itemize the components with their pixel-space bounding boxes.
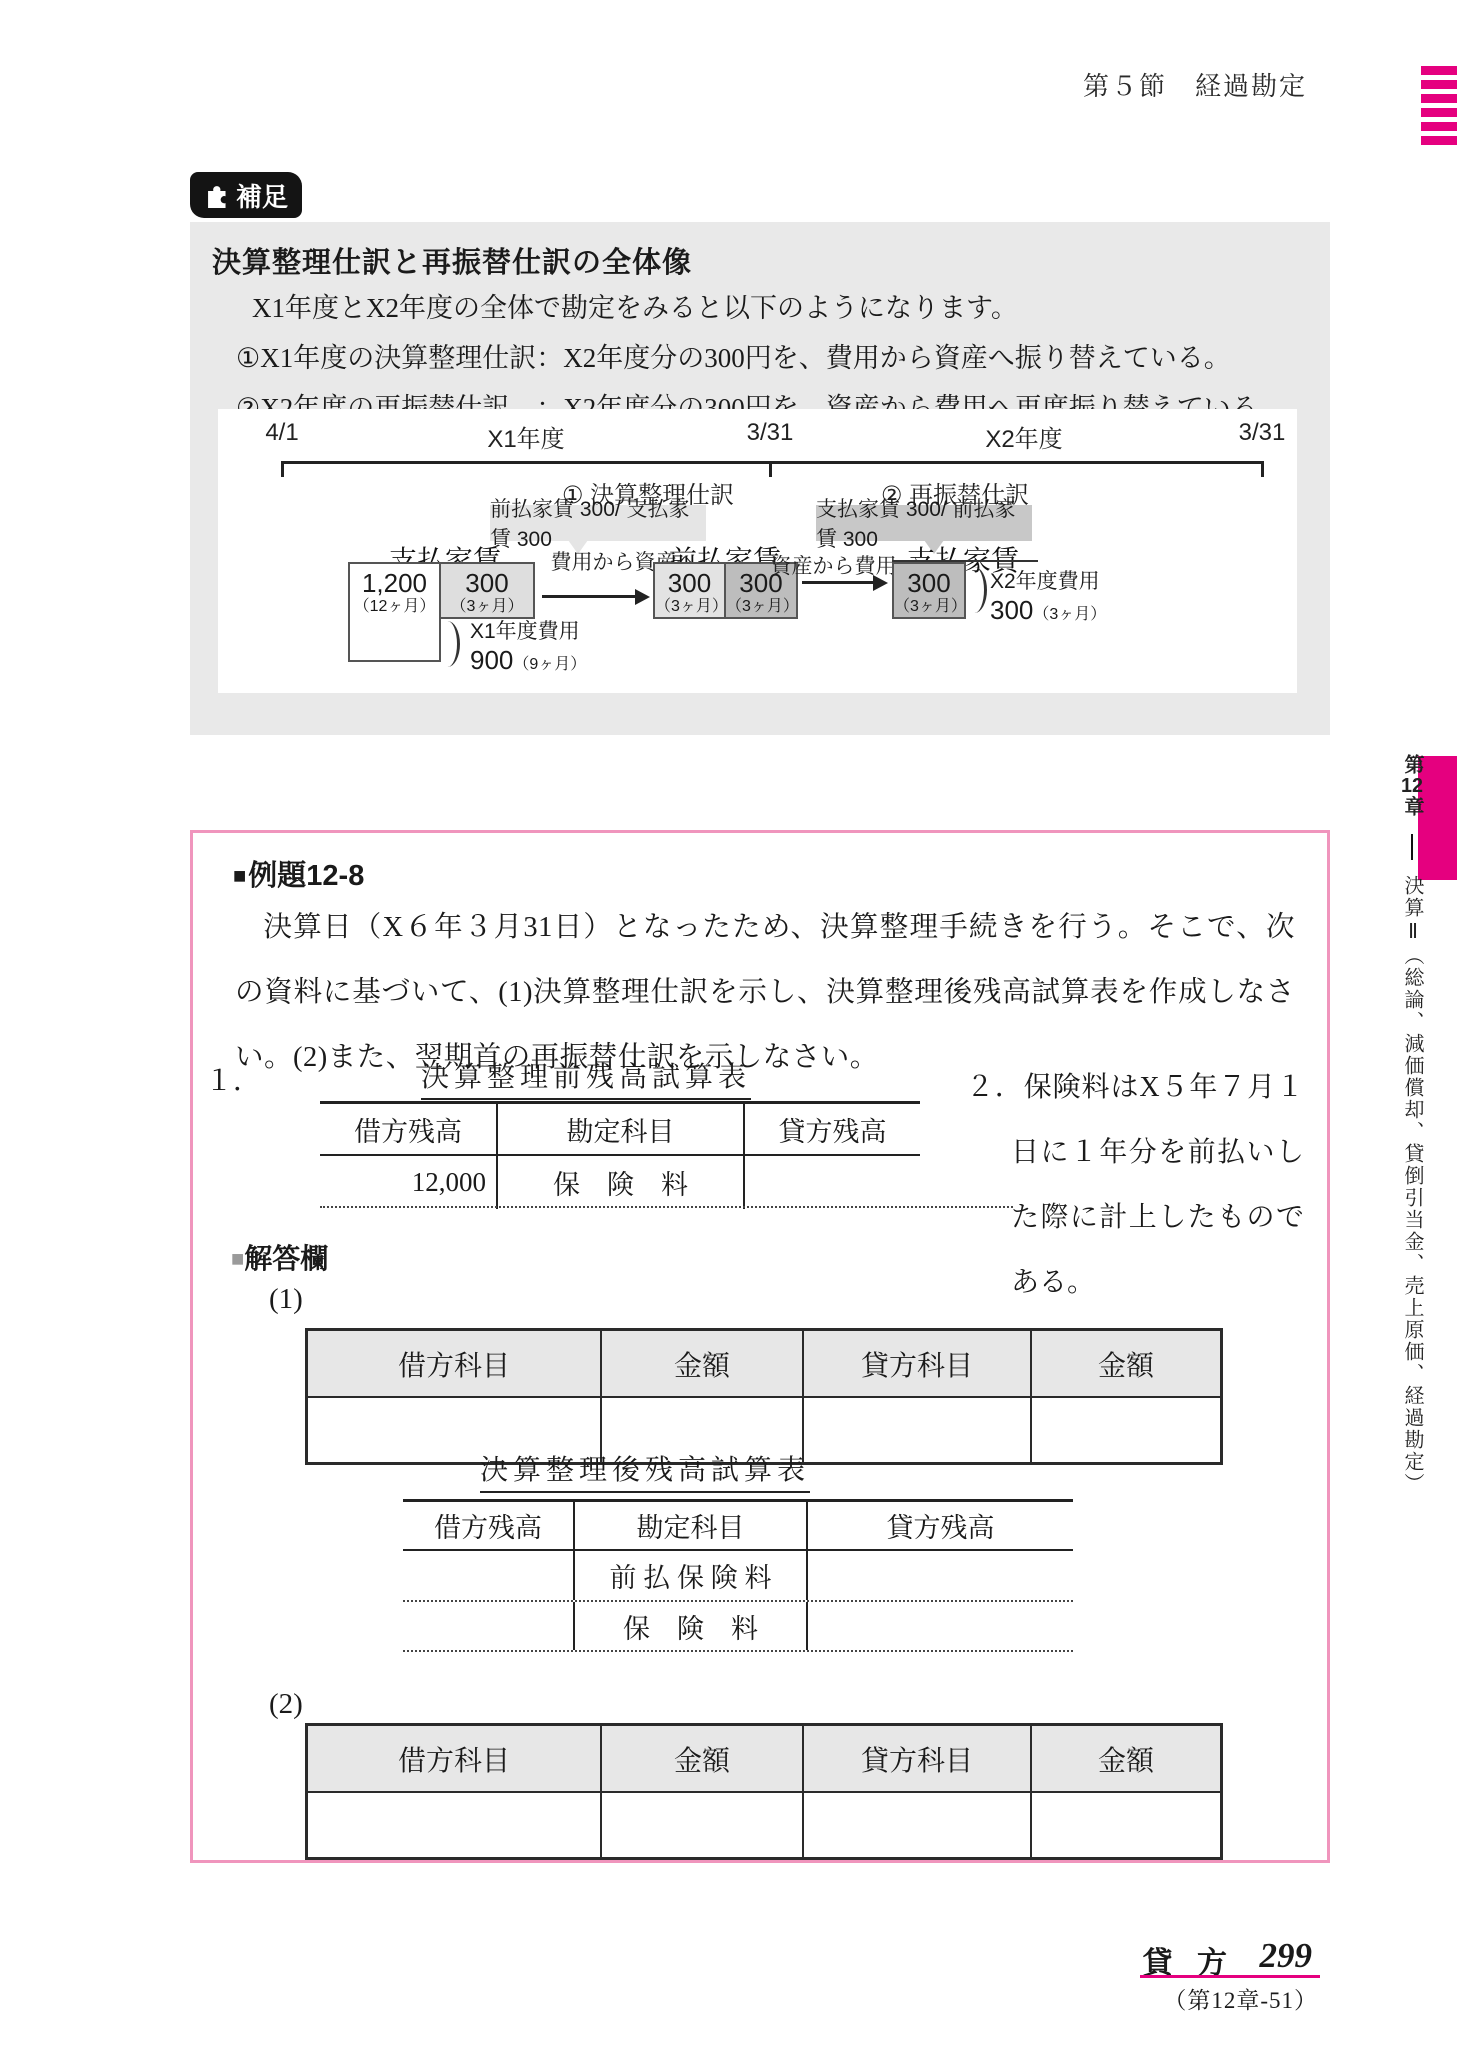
trial-before-header-credit: 貸方残高 [745,1104,920,1154]
journal2-cell[interactable] [308,1793,600,1857]
trial-after-row2-account: 保 険 料 [573,1602,808,1650]
trial-before-credit-value [745,1156,920,1209]
trial-before-table: 借方残高 勘定科目 貸方残高 12,000 保 険 料 [320,1101,920,1209]
trial-before-title: 決算整理前残高試算表 [421,1055,751,1100]
example-title: ■例題12-8 [233,853,364,894]
journal2-cell[interactable] [1030,1793,1220,1857]
textbook-page: 第５節 経過勘定 補足 決算整理仕訳と再振替仕訳の全体像 X1年度とX2年度の全… [0,0,1457,2067]
journal1-cell[interactable] [1030,1398,1220,1462]
supplement-badge-label: 補足 [236,177,288,214]
arrow2-line [802,581,874,584]
account3-note: X2年度費用 300（3ヶ月） [990,569,1106,630]
timeline-year2: X2年度 [985,419,1062,454]
account1-note-label: X1年度費用 [470,619,586,645]
chapter-sidebar: 第12章 決算Ⅱ（総論、減価償却、貸倒引当金、売上原価、経過勘定） [1398,754,1427,1495]
item2-text: ２．保険料はX５年７月１日に１年分を前払いした際に計上したものである。 [966,1055,1304,1315]
trial-after-row2-credit[interactable] [808,1602,1073,1650]
question1-label: (1) [269,1283,303,1316]
header-section-title: 第５節 経過勘定 [1083,66,1307,103]
timeline-date-mid: 3/31 [747,419,794,447]
footer-accent-rule [1140,1975,1320,1978]
timeline-date-start: 4/1 [265,419,298,447]
journal-bubble-2: 支払家賃 300/ 前払家賃 300 [816,505,1032,541]
chapter-title: 決算Ⅱ（総論、減価償却、貸倒引当金、売上原価、経過勘定） [1401,875,1423,1495]
trial-before-bottom-dotted [320,1206,1013,1208]
journal1-header-debit-amount: 金額 [600,1331,802,1396]
journal1-header-credit-account: 貸方科目 [802,1331,1030,1396]
square-marker-icon: ■ [231,1246,244,1271]
timeline-tick [769,461,772,477]
journal1-cell[interactable] [802,1398,1030,1462]
answer-heading-label: 解答欄 [244,1243,328,1274]
answer-heading: ■解答欄 [231,1237,328,1277]
arrow1-head-icon [635,589,650,605]
trial-before-account-name: 保 険 料 [496,1156,745,1209]
trial-after-header-credit: 貸方残高 [808,1502,1073,1549]
account1-debit-value: 1,200 [350,568,439,598]
account3-debit-months: （3ヶ月） [894,598,964,616]
account3-debit-cell: 300 （3ヶ月） [892,562,966,619]
timeline-diagram: 4/1 X1年度 3/31 X2年度 3/31 ① 決算整理仕訳 ② 再振替仕訳… [218,409,1297,693]
footer-page-number: 299 [1260,1936,1313,1976]
account2-debit-months: （3ヶ月） [655,598,724,616]
chapter-number: 12 [1401,776,1423,796]
account1-credit-months: （3ヶ月） [441,598,533,616]
timeline-year1: X1年度 [487,419,564,454]
account3-note-value: 300 [990,595,1033,625]
puzzle-icon [204,182,230,208]
supplement-line-2: ①X1年度の決算整理仕訳：X2年度分の300円を、費用から資産へ振り替えている。 [236,336,1231,375]
trial-after-header-debit: 借方残高 [403,1502,573,1549]
account2-debit-value: 300 [655,568,724,598]
journal2-cell[interactable] [600,1793,802,1857]
supplement-line-1: X1年度とX2年度の全体で勘定をみると以下のようになります。 [252,286,1018,325]
example-box: ■例題12-8 決算日（X６年３月31日）となったため、決算整理手続きを行う。そ… [190,830,1330,1863]
journal1-header-credit-amount: 金額 [1030,1331,1220,1396]
journal2-header-debit-account: 借方科目 [308,1726,600,1791]
journal2-header-debit-amount: 金額 [600,1726,802,1791]
account1-credit-cell: 300 （3ヶ月） [439,562,535,619]
account1-note: X1年度費用 900（9ヶ月） [470,619,586,680]
example-title-label: 例題12-8 [248,860,364,892]
trial-before-header-account: 勘定科目 [496,1104,745,1154]
journal1-header-debit-account: 借方科目 [308,1331,600,1396]
journal-table-1: 借方科目 金額 貸方科目 金額 [305,1328,1223,1465]
timeline-date-end: 3/31 [1239,419,1286,447]
timeline-axis [282,461,1264,464]
trial-after-header-account: 勘定科目 [573,1502,808,1549]
journal2-cell[interactable] [802,1793,1030,1857]
trial-after-row1-account: 前 払 保 険 料 [573,1551,808,1600]
trial-before-header-debit: 借方残高 [320,1104,496,1154]
journal-bubble-1: 前払家賃 300/ 支払家賃 300 [490,505,706,541]
item1-number: １． [205,1059,261,1099]
journal2-header-credit-amount: 金額 [1030,1726,1220,1791]
trial-after-title: 決算整理後残高試算表 [480,1448,810,1493]
account3-debit-value: 300 [894,568,964,598]
timeline-tick [281,461,284,477]
trial-after-row1-credit[interactable] [808,1551,1073,1600]
chapter-post: 章 [1401,796,1423,818]
chapter-pre: 第 [1401,754,1423,776]
footer-chapter-ref: （第12章-51） [1163,1982,1318,2015]
account1-debit-cell: 1,200 （12ヶ月） [348,562,441,662]
journal-table-2: 借方科目 金額 貸方科目 金額 [305,1723,1223,1860]
account3-note-months: （3ヶ月） [1033,606,1106,623]
sidebar-divider [1411,834,1414,860]
trial-after-row2-debit[interactable] [403,1602,573,1650]
arrow2-head-icon [873,575,888,591]
journal2-header-credit-account: 貸方科目 [802,1726,1030,1791]
trial-after-row1-debit[interactable] [403,1551,573,1600]
account1-debit-months: （12ヶ月） [350,598,439,616]
timeline-tick [1261,461,1264,477]
account2-credit-months: （3ヶ月） [726,598,796,616]
arrow1-line [542,595,636,598]
account1-note-value: 900 [470,645,513,675]
trial-before-debit-value: 12,000 [320,1156,496,1209]
trial-after-table: 借方残高 勘定科目 貸方残高 前 払 保 険 料 保 険 料 [403,1499,1073,1652]
account1-note-months: （9ヶ月） [513,656,586,673]
account2-debit-cell: 300 （3ヶ月） [653,562,726,619]
edge-stripes-icon [1421,66,1457,146]
account1-brace [443,621,460,667]
square-marker-icon: ■ [233,863,246,888]
question2-label: (2) [269,1688,303,1721]
account1-credit-value: 300 [441,568,533,598]
supplement-title: 決算整理仕訳と再振替仕訳の全体像 [212,240,692,281]
supplement-badge: 補足 [190,172,302,218]
account3-note-label: X2年度費用 [990,569,1106,595]
